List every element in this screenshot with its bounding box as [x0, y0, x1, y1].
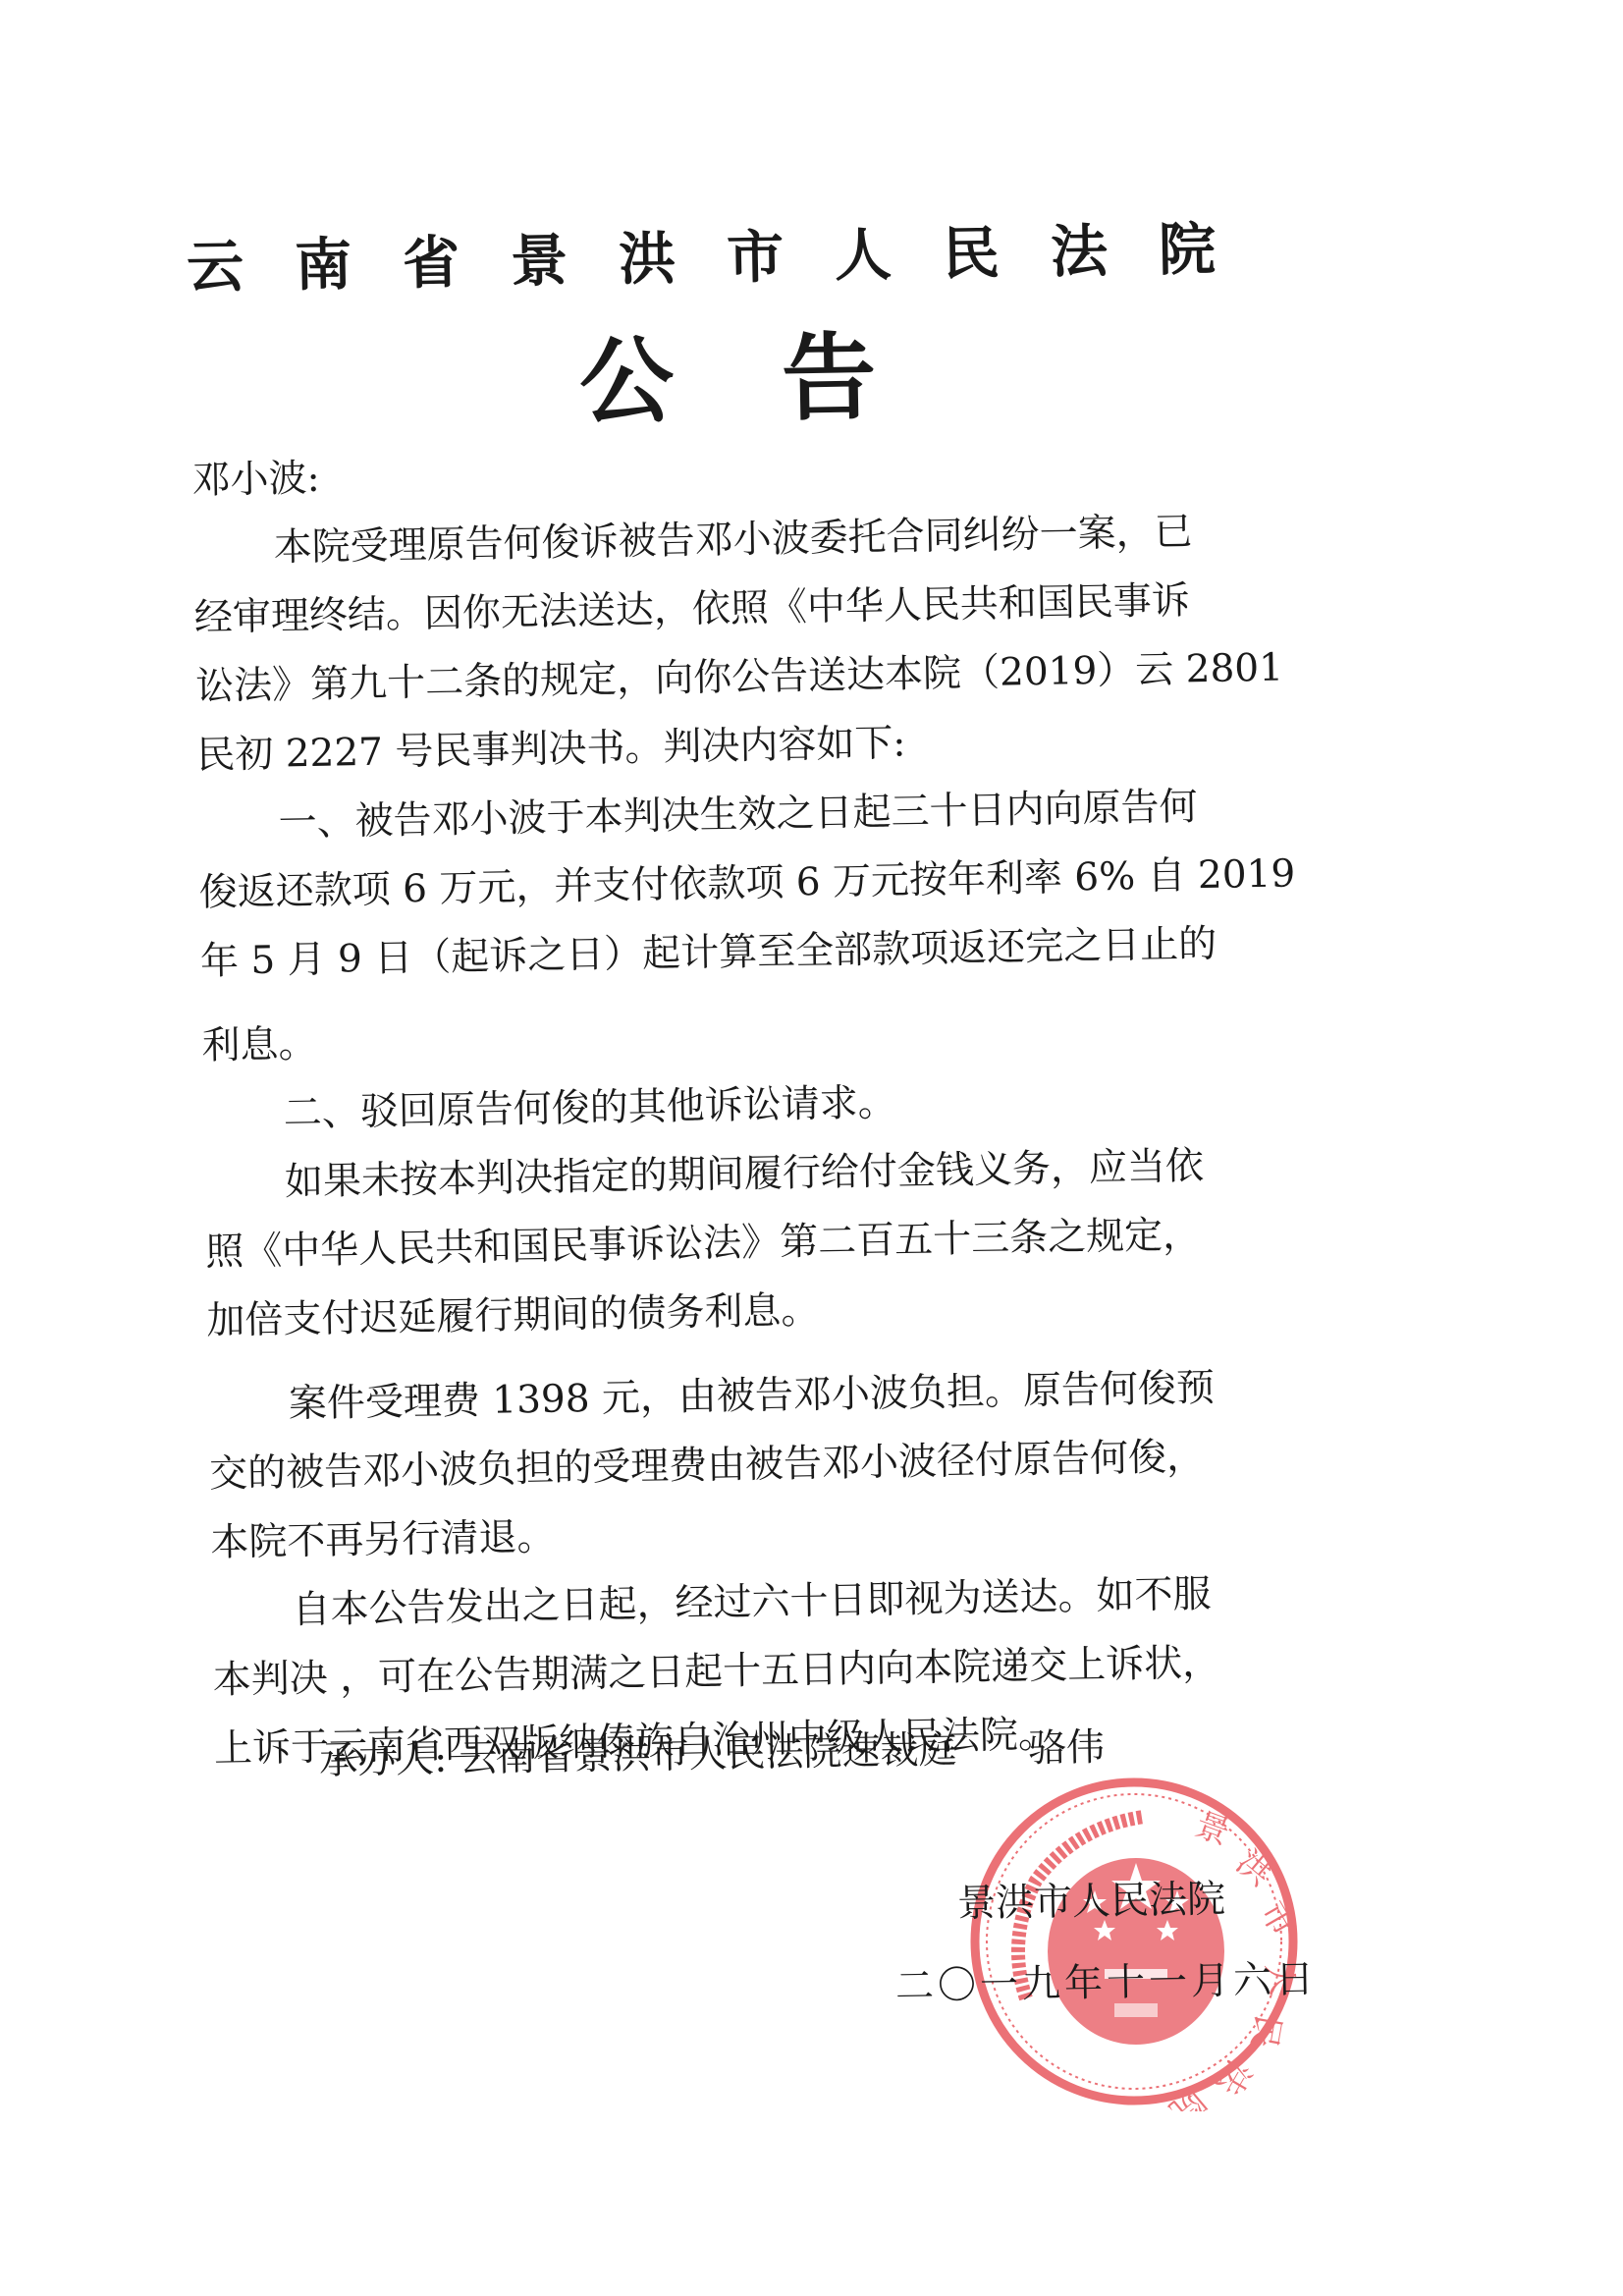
paragraph-line: 本院不再另行清退。	[210, 1495, 1350, 1573]
paragraph-line: 本院受理原告何俊诉被告邓小波委托合同纠纷一案，已	[192, 501, 1332, 579]
paragraph-line: 如果未按本判决指定的期间履行给付金钱义务，应当依	[203, 1135, 1343, 1214]
issuing-court: 景洪市人民法院	[957, 1869, 1226, 1929]
paragraph-line: 照《中华人民共和国民事诉讼法》第二百五十三条之规定，	[205, 1204, 1345, 1283]
paragraph-line: 加倍支付迟延履行期间的债务利息。	[206, 1273, 1346, 1351]
paragraph-line: 案件受理费 1398 元，由被告邓小波负担。原告何俊预	[207, 1357, 1347, 1436]
paragraph-line: 民初 2227 号民事判决书。判决内容如下:	[196, 707, 1336, 786]
court-name-heading: 云南省景洪市人民法院	[186, 201, 1306, 303]
paragraph-line: 本判决 ，可在公告期满之日起十五日内向本院递交上诉状，	[212, 1632, 1352, 1711]
handler-dept: 云南省景洪市人民法院速裁庭	[459, 1728, 957, 1781]
handler-name: 骆伟	[1028, 1725, 1106, 1771]
judgment-item-2: 二、驳回原告何俊的其他诉讼请求。	[202, 1066, 1342, 1145]
svg-text:洪: 洪	[1228, 1842, 1279, 1893]
paragraph-line: 自本公告发出之日起，经过六十日即视为送达。如不服	[211, 1563, 1351, 1642]
paragraph-line: 经审理终结。因你无法送达，依照《中华人民共和国民事诉	[193, 570, 1333, 648]
notice-page: 云南省景洪市人民法院 公告 邓小波: 本院受理原告何俊诉被告邓小波委托合同纠纷一…	[0, 0, 1623, 2296]
handler-label: 承办人:	[319, 1737, 448, 1783]
paragraph-line: 利息。	[201, 998, 1341, 1076]
judgment-item-1: 一、被告邓小波于本判决生效之日起三十日内向原告何	[197, 776, 1337, 854]
svg-text:法: 法	[1208, 2053, 1259, 2103]
paragraph-line: 讼法》第九十二条的规定，向你公告送达本院（2019）云 2801	[195, 638, 1335, 717]
paragraph-line: 俊返还款项 6 万元，并支付依款项 6 万元按年利率 6% 自 2019	[198, 845, 1338, 923]
addressee: 邓小波:	[191, 432, 1331, 511]
notice-body: 邓小波: 本院受理原告何俊诉被告邓小波委托合同纠纷一案，已 经审理终结。因你无法…	[191, 432, 1354, 1789]
svg-text:民: 民	[1243, 2011, 1287, 2050]
document-title: 公告	[578, 301, 985, 442]
paragraph-line: 交的被告邓小波负担的受理费由被告邓小波径付原告何俊，	[209, 1426, 1349, 1504]
issue-date: 二〇一九年十一月六日	[895, 1948, 1319, 2010]
court-seal-icon: 景 洪 市 人 民 法 院	[967, 1773, 1301, 2111]
paragraph-line: 年 5 月 9 日（起诉之日）起计算至全部款项返还完之日止的	[200, 913, 1340, 992]
